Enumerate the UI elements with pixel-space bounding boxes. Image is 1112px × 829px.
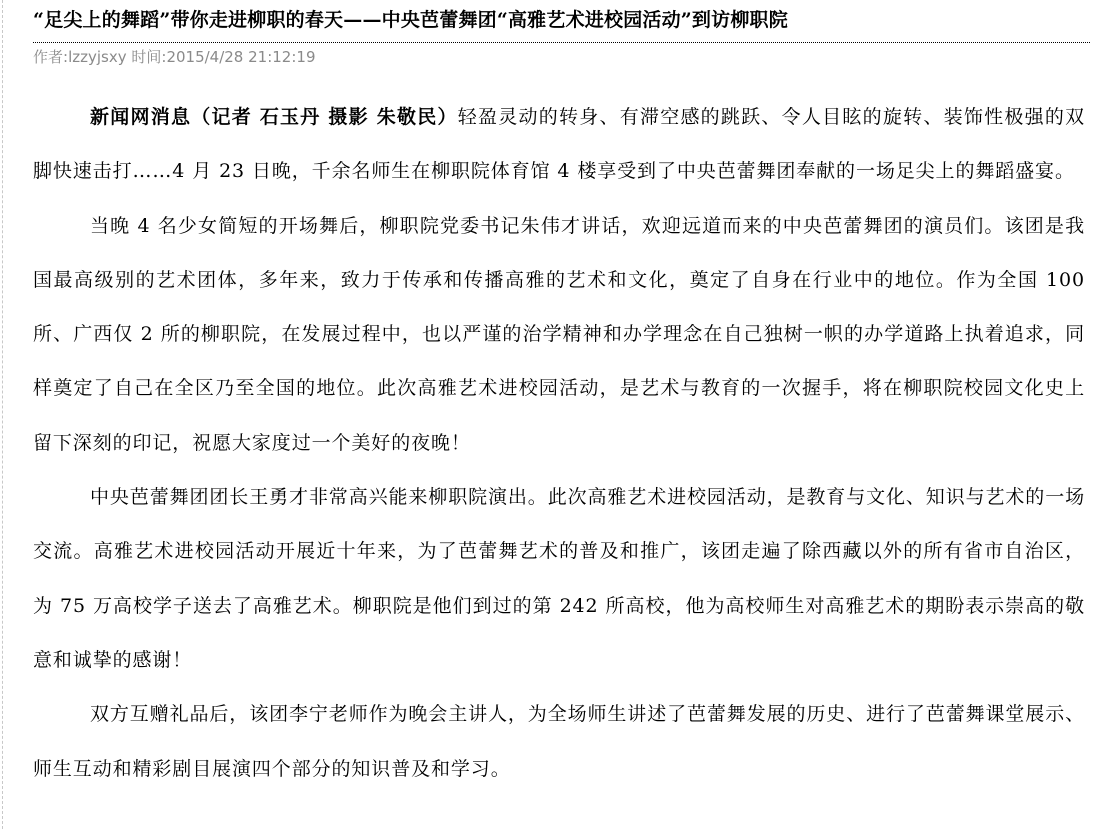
publish-time: 2015/4/28 21:12:19 [166,48,315,66]
article-meta: 作者:lzzyjsxy 时间:2015/4/28 21:12:19 [33,46,1091,68]
paragraph: 双方互赠礼品后，该团李宁老师作为晚会主讲人，为全场师生讲述了芭蕾舞发展的历史、进… [33,687,1085,796]
article-body: 新闻网消息（记者 石玉丹 摄影 朱敬民）轻盈灵动的转身、有滞空感的跳跃、令人目眩… [33,90,1085,796]
paragraph-text: 当晚 4 名少女简短的开场舞后，柳职院党委书记朱伟才讲话，欢迎远道而来的中央芭蕾… [33,215,1085,454]
paragraph: 当晚 4 名少女简短的开场舞后，柳职院党委书记朱伟才讲话，欢迎远道而来的中央芭蕾… [33,199,1085,470]
paragraph: 中央芭蕾舞团团长王勇才非常高兴能来柳职院演出。此次高雅艺术进校园活动，是教育与文… [33,470,1085,687]
paragraph: 新闻网消息（记者 石玉丹 摄影 朱敬民）轻盈灵动的转身、有滞空感的跳跃、令人目眩… [33,90,1085,199]
article-title: “足尖上的舞蹈”带你走进柳职的春天——中央芭蕾舞团“高雅艺术进校园活动”到访柳职… [33,0,1091,40]
paragraph-text: 中央芭蕾舞团团长王勇才非常高兴能来柳职院演出。此次高雅艺术进校园活动，是教育与文… [33,486,1085,671]
paragraph-lead-byline: 新闻网消息（记者 石玉丹 摄影 朱敬民） [90,106,458,128]
title-separator [33,42,1090,43]
author-name: lzzyjsxy [68,48,127,66]
author-label: 作者: [33,48,68,66]
time-label: 时间: [131,48,166,66]
news-article: “足尖上的舞蹈”带你走进柳职的春天——中央芭蕾舞团“高雅艺术进校园活动”到访柳职… [33,0,1091,796]
paragraph-text: 双方互赠礼品后，该团李宁老师作为晚会主讲人，为全场师生讲述了芭蕾舞发展的历史、进… [33,703,1085,779]
page-left-dashed-border [2,0,3,829]
